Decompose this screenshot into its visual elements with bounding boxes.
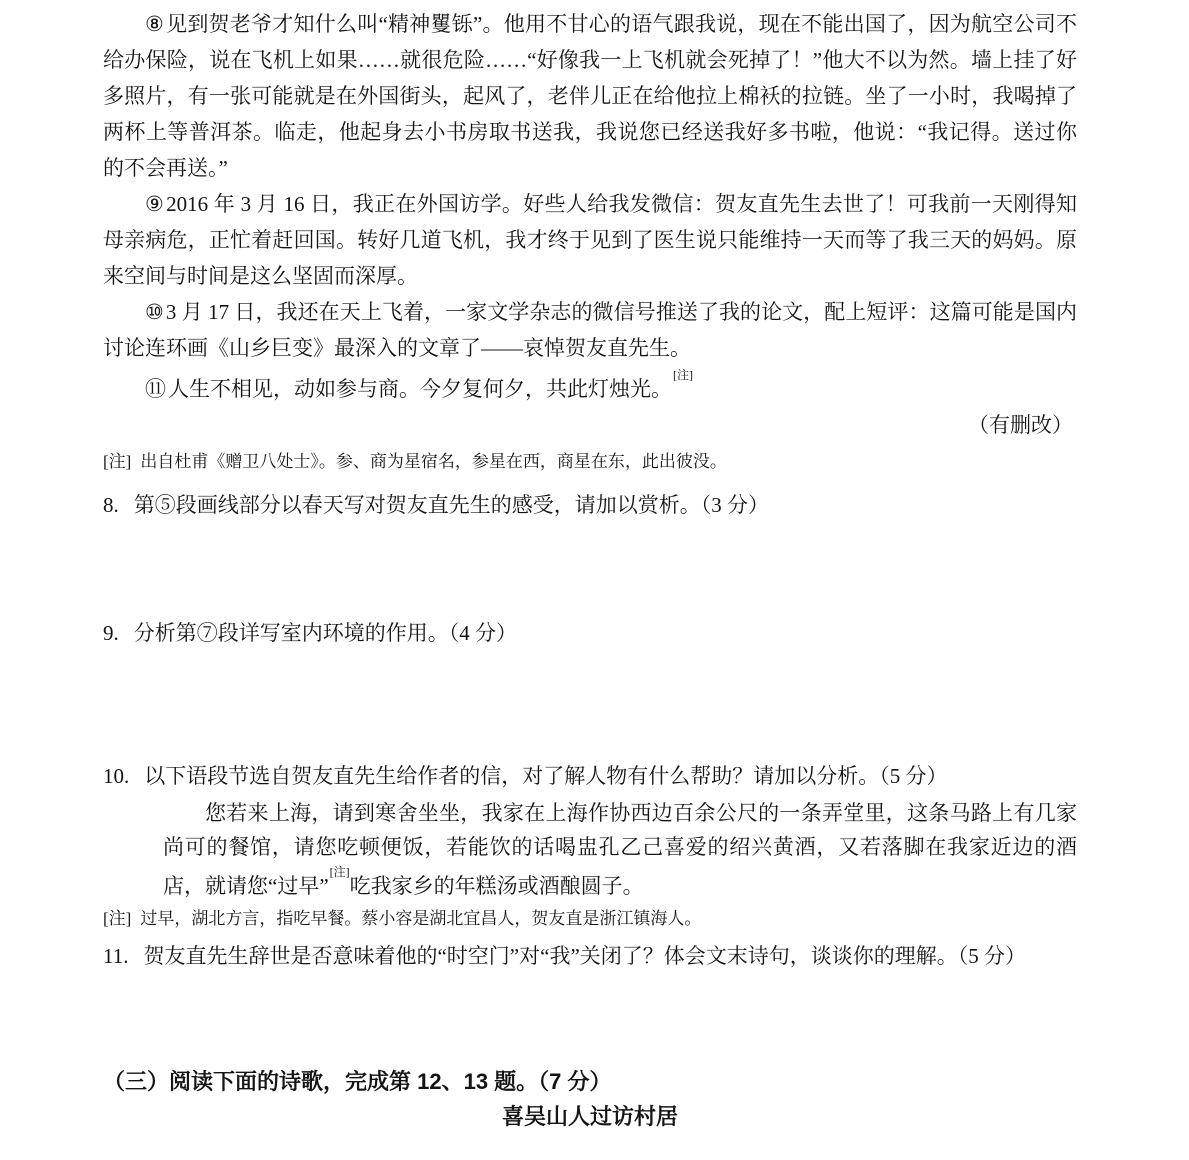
exam-page: ⑧见到贺老爷才知什么叫“精神矍铄”。他用不甘心的语气跟我说，现在不能出国了，因为…: [0, 0, 1189, 1160]
letter-footnote-text: 过早，湖北方言，指吃早餐。蔡小容是湖北宜昌人，贺友直是浙江镇海人。: [140, 909, 701, 928]
letter-footnote-label: [注]: [103, 909, 131, 928]
paragraph-9-text: 2016 年 3 月 16 日，我正在外国访学。好些人给我发微信：贺友直先生去世…: [103, 192, 1077, 288]
footnote-text: 出自杜甫《赠卫八处士》。参、商为星宿名，参星在西，商星在东，此出彼没。: [140, 452, 727, 471]
paragraph-11-text: 人生不相见，动如参与商。今夕复何夕，共此灯烛光。: [168, 377, 672, 401]
revision-note: （有删改）: [103, 407, 1077, 443]
paragraph-10-text: 3 月 17 日，我还在天上飞着，一家文学杂志的微信号推送了我的论文，配上短评：…: [103, 300, 1077, 360]
poem-title: 喜吴山人过访村居: [103, 1100, 1077, 1134]
question-11-text: 贺友直先生辞世是否意味着他的“时空门”对“我”关闭了？体会文末诗句，谈谈你的理解…: [143, 944, 1026, 968]
question-8-text: 第⑤段画线部分以春天写对贺友直先生的感受，请加以赏析。（3 分）: [134, 493, 769, 517]
paragraph-10-marker: ⑩: [145, 300, 164, 324]
footnote-label: [注]: [103, 452, 131, 471]
letter-footnote: [注]过早，湖北方言，指吃早餐。蔡小容是湖北宜昌人，贺友直是浙江镇海人。: [103, 904, 1077, 934]
question-10-text: 以下语段节选自贺友直先生给作者的信，对了解人物有什么帮助？请加以分析。（5 分）: [144, 764, 947, 788]
question-10: 10.以下语段节选自贺友直先生给作者的信，对了解人物有什么帮助？请加以分析。（5…: [103, 758, 1077, 794]
letter-footnote-reference: [注]: [330, 865, 350, 879]
letter-excerpt: 您若来上海，请到寒舍坐坐，我家在上海作协西边百余公尺的一条弄堂里，这条马路上有几…: [163, 796, 1077, 903]
question-8-number: 8.: [103, 493, 119, 517]
article-paragraph-8: ⑧见到贺老爷才知什么叫“精神矍铄”。他用不甘心的语气跟我说，现在不能出国了，因为…: [103, 6, 1077, 186]
question-9: 9.分析第⑦段详写室内环境的作用。（4 分）: [103, 615, 1077, 651]
question-11: 11.贺友直先生辞世是否意味着他的“时空门”对“我”关闭了？体会文末诗句，谈谈你…: [103, 938, 1077, 974]
paragraph-8-text: 见到贺老爷才知什么叫“精神矍铄”。他用不甘心的语气跟我说，现在不能出国了，因为航…: [103, 12, 1077, 180]
question-11-number: 11.: [103, 944, 128, 968]
letter-text-part2: 吃我家乡的年糕汤或酒酿圆子。: [350, 874, 644, 898]
article-footnote: [注]出自杜甫《赠卫八处士》。参、商为星宿名，参星在西，商星在东，此出彼没。: [103, 447, 1077, 477]
question-9-text: 分析第⑦段详写室内环境的作用。（4 分）: [134, 621, 517, 645]
question-9-number: 9.: [103, 621, 119, 645]
question-10-number: 10.: [103, 764, 129, 788]
section-3-heading: （三）阅读下面的诗歌，完成第 12、13 题。（7 分）: [103, 1064, 1077, 1100]
page-content: ⑧见到贺老爷才知什么叫“精神矍铄”。他用不甘心的语气跟我说，现在不能出国了，因为…: [0, 0, 1189, 1134]
question-8: 8.第⑤段画线部分以春天写对贺友直先生的感受，请加以赏析。（3 分）: [103, 487, 1077, 523]
article-paragraph-11: ⑪人生不相见，动如参与商。今夕复何夕，共此灯烛光。[注]: [103, 366, 1077, 407]
paragraph-9-marker: ⑨: [145, 192, 164, 216]
article-paragraph-9: ⑨2016 年 3 月 16 日，我正在外国访学。好些人给我发微信：贺友直先生去…: [103, 186, 1077, 294]
paragraph-8-marker: ⑧: [145, 12, 164, 36]
paragraph-11-marker: ⑪: [145, 377, 166, 401]
footnote-reference: [注]: [673, 368, 693, 382]
article-paragraph-10: ⑩3 月 17 日，我还在天上飞着，一家文学杂志的微信号推送了我的论文，配上短评…: [103, 294, 1077, 366]
